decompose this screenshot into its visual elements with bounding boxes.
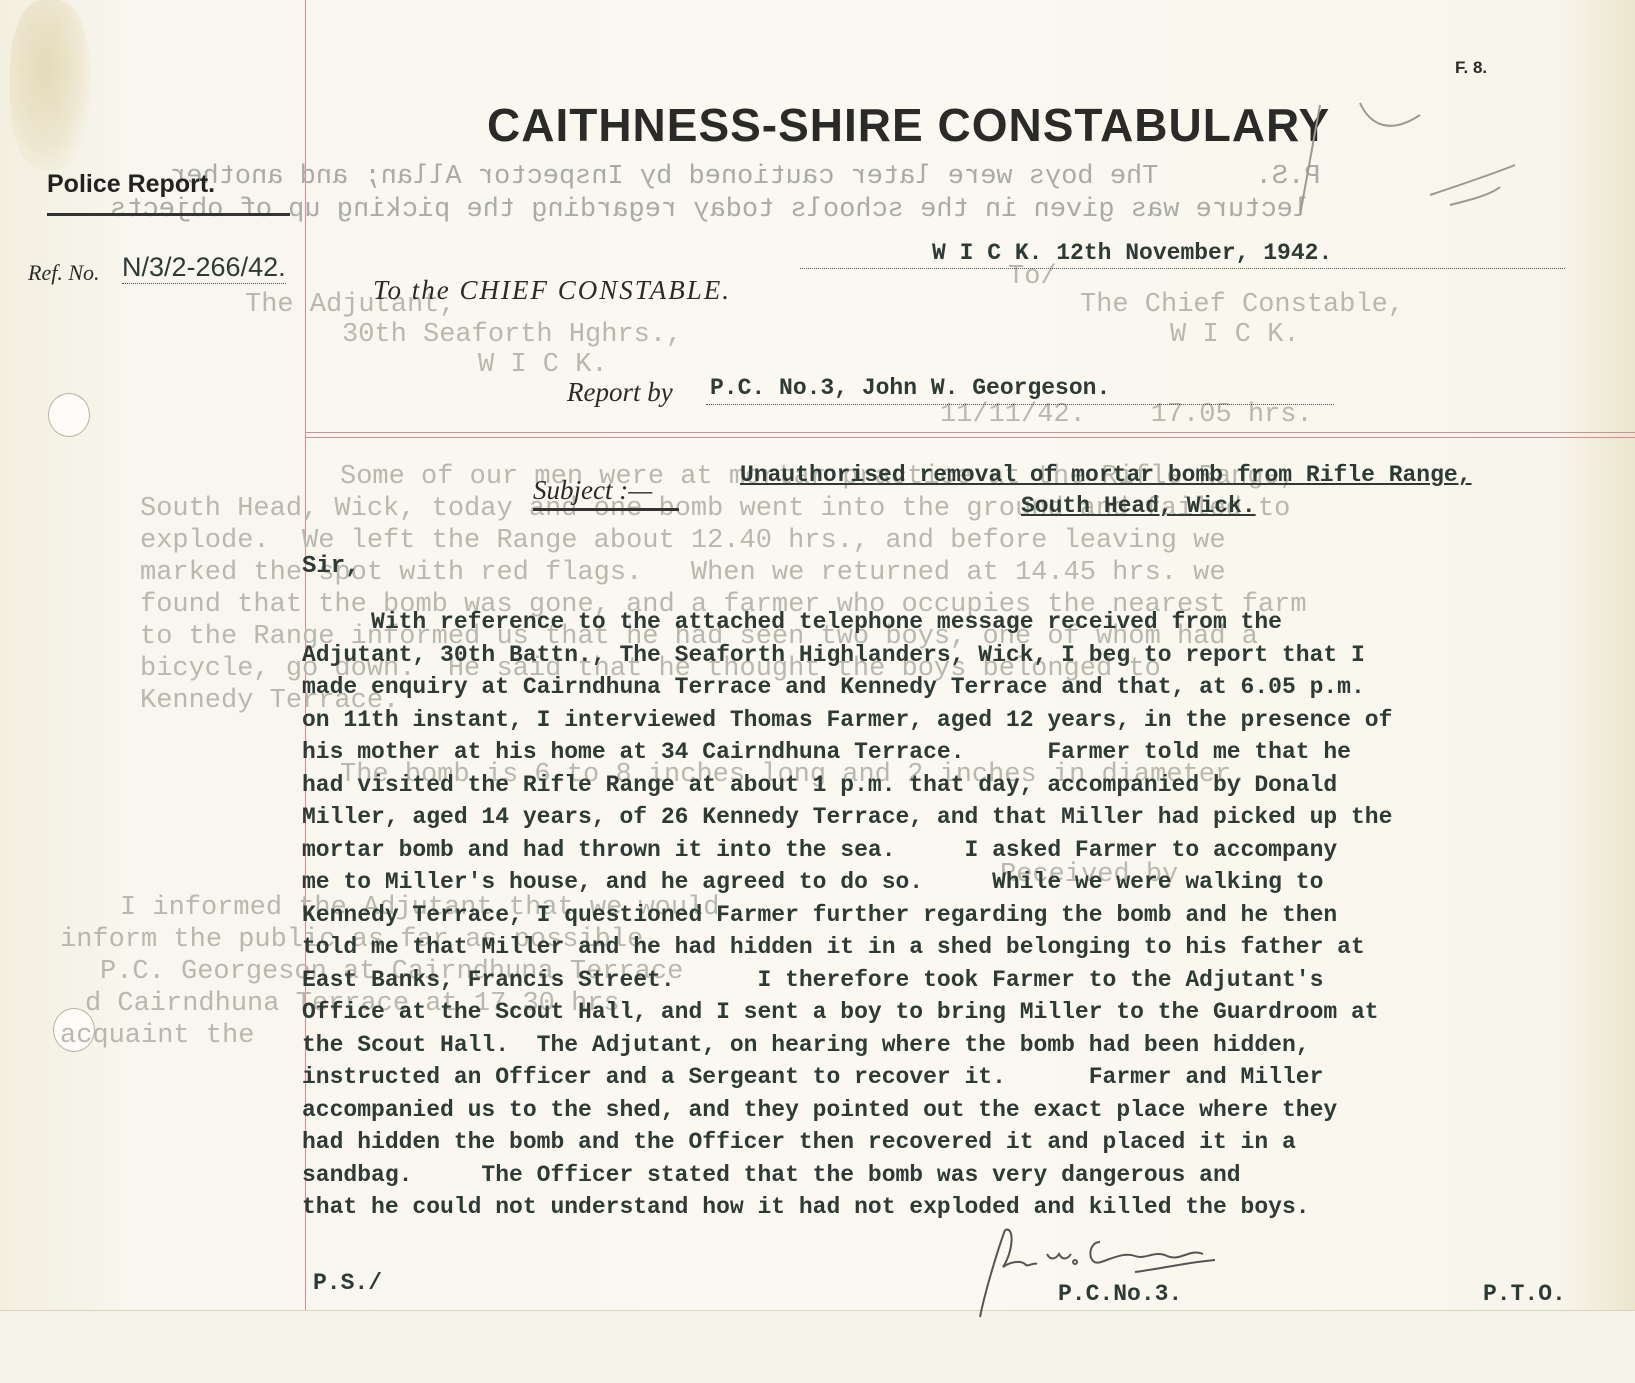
signatory-rank: P.C.No.3.	[1058, 1281, 1182, 1307]
report-by-label: Report by	[567, 377, 673, 408]
body-line: told me that Miller and he had hidden it…	[302, 931, 1622, 964]
ref-no-label: Ref. No.	[28, 260, 100, 286]
show-through-ghost-line: acquaint the	[60, 1021, 254, 1051]
date-dotted-line	[800, 268, 1565, 269]
body-line: that he could not understand how it had …	[302, 1191, 1622, 1224]
form-title: Police Report.	[47, 170, 215, 199]
show-through-ghost-line: 30th Seaforth Hghrs.,	[342, 320, 682, 350]
body-line: had hidden the bomb and the Officer then…	[302, 1126, 1622, 1159]
body-line: With reference to the attached telephone…	[302, 606, 1622, 639]
ref-no-value: N/3/2-266/42.	[122, 252, 286, 284]
subject-line-1: Unauthorised removal of mortar bomb from…	[740, 462, 1472, 488]
report-by-dotted-line	[706, 404, 1334, 405]
document-page: The Adjutant,30th Seaforth Hghrs.,W I C …	[0, 0, 1635, 1383]
show-through-ghost-line: To/	[1008, 262, 1057, 292]
subject-line-2: South Head, Wick.	[1021, 493, 1256, 519]
show-through-ghost-line: W I C K.	[1170, 320, 1300, 350]
body-line: had visited the Rifle Range at about 1 p…	[302, 769, 1622, 802]
body-line: instructed an Officer and a Sergeant to …	[302, 1061, 1622, 1094]
pencil-mark-icon	[1300, 95, 1520, 235]
show-through-ghost-line: explode. We left the Range about 12.40 h…	[140, 526, 1226, 556]
postscript-marker: P.S./	[313, 1270, 382, 1296]
body-line: Miller, aged 14 years, of 26 Kennedy Ter…	[302, 801, 1622, 834]
reversed-ghost-line: lecture was given in the schools today r…	[110, 195, 1309, 225]
header-rule-top	[305, 432, 1635, 433]
header-rule-bottom	[305, 437, 1635, 438]
handwritten-signature	[975, 1222, 1245, 1327]
pencil-annotation	[1300, 95, 1520, 240]
body-line: his mother at his home at 34 Cairndhuna …	[302, 736, 1622, 769]
body-line: mortar bomb and had thrown it into the s…	[302, 834, 1622, 867]
form-number: F. 8.	[1455, 58, 1487, 78]
signature-icon	[975, 1222, 1245, 1322]
report-by-value: P.C. No.3, John W. Georgeson.	[710, 375, 1110, 401]
subject-label: Subject :—	[533, 475, 652, 506]
reversed-ghost-line: P.S. The boys were later cautioned by In…	[170, 162, 1320, 192]
organisation-title: CAITHNESS-SHIRE CONSTABULARY	[487, 98, 1330, 152]
body-line: Kennedy Terrace, I questioned Farmer fur…	[302, 899, 1622, 932]
salutation: Sir,	[302, 553, 360, 580]
body-line: Office at the Scout Hall, and I sent a b…	[302, 996, 1622, 1029]
body-line: made enquiry at Cairndhuna Terrace and K…	[302, 671, 1622, 704]
show-through-ghost-line: W I C K.	[478, 350, 608, 380]
addressee: To the CHIEF CONSTABLE.	[373, 275, 731, 306]
body-line: accompanied us to the shed, and they poi…	[302, 1094, 1622, 1127]
body-line: on 11th instant, I interviewed Thomas Fa…	[302, 704, 1622, 737]
show-through-ghost-line: The Chief Constable,	[1080, 290, 1404, 320]
body-line: Adjutant, 30th Battn., The Seaforth High…	[302, 639, 1622, 672]
body-line: me to Miller's house, and he agreed to d…	[302, 866, 1622, 899]
body-line: sandbag. The Officer stated that the bom…	[302, 1159, 1622, 1192]
punch-hole-top	[48, 393, 90, 437]
please-turn-over: P.T.O.	[1483, 1281, 1566, 1307]
place-date: W I C K. 12th November, 1942.	[932, 240, 1332, 266]
paper-bottom-edge	[0, 1310, 1635, 1383]
paper-stain	[10, 0, 90, 170]
body-line: the Scout Hall. The Adjutant, on hearing…	[302, 1029, 1622, 1062]
body-line: East Banks, Francis Street. I therefore …	[302, 964, 1622, 997]
form-title-underline	[47, 213, 290, 216]
letter-body: With reference to the attached telephone…	[302, 606, 1622, 1224]
subject-label-underline	[533, 508, 679, 511]
